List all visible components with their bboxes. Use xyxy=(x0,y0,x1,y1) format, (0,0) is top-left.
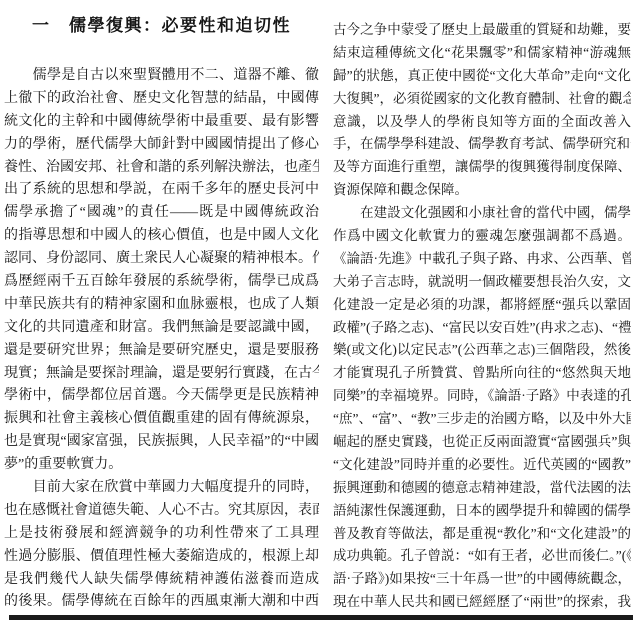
text-line: 力的學術，歷代儒學大師針對中國國情提出了修心 xyxy=(4,134,319,157)
text-line: 中華民族共有的精神家園和血脉靈根，也成了人類 xyxy=(4,294,319,317)
text-line: 在建設文化强國和小康社會的當代中國，儒學 xyxy=(333,202,631,225)
text-line: 夢”的重要軟實力。 xyxy=(4,454,319,477)
text-line: 出了系統的思想和學説，在兩千多年的歷史長河中 xyxy=(4,179,319,202)
text-line: 也在感慨社會道德失範、人心不古。究其原因，表面 xyxy=(4,500,319,523)
text-line: 化建設一定是必須的功課，都將經歷“强兵以鞏固 xyxy=(333,294,631,317)
text-line: 崛起的歷史實踐，也從正反兩面證實“富國强兵”與 xyxy=(333,431,631,454)
left-column: 一 儒學復興：必要性和迫切性 儒學是自古以來聖賢體用不二、道器不離、徹 上徹下的… xyxy=(4,12,319,614)
text-line: 大弟子言志時，就説明一個政權要想長治久安，文 xyxy=(333,271,631,294)
text-line: 現實；無論是要探討理論，還是要躬行實踐，在古今 xyxy=(4,363,319,386)
right-column: 古今之争中蒙受了歷史上最嚴重的質疑和劫難，要 結束這種傳統文化“花果飄零”和儒家… xyxy=(333,19,631,614)
text-line: 儒學是自古以來聖賢體用不二、道器不離、徹 xyxy=(4,65,319,88)
text-line: 結束這種傳統文化“花果飄零”和儒家精神“游魂無 xyxy=(333,42,631,65)
text-line: “文化建設”同時并重的必要性。近代英國的“國教” xyxy=(333,454,631,477)
text-line: 及等方面進行重塑，讓儒學的復興獲得制度保障、 xyxy=(333,156,631,179)
text-line: 語純潔性保護運動，日本的國學提升和韓國的儒學 xyxy=(333,500,631,523)
text-line: 歸”的狀態，真正使中國從“文化大革命”走向“文化 xyxy=(333,65,631,88)
text-line: “庶”、“富”、“教”三步走的治國方略，以及中外大國 xyxy=(333,408,631,431)
text-line: 振興和社會主義核心價值觀重建的固有傳統源泉， xyxy=(4,408,319,431)
text-line: 儒學承擔了“國魂”的責任——既是中國傳統政治 xyxy=(4,202,319,225)
text-line: 資源保障和觀念保障。 xyxy=(333,179,631,202)
text-line: 上徹下的政治社會、歷史文化智慧的結晶，中國傳 xyxy=(4,88,319,111)
text-line: 是我們幾代人缺失儒學傳統精神護佑滋養而造成 xyxy=(4,569,319,592)
text-line: 政權”(子路之志)、“富民以安百姓”(冉求之志)、“禮 xyxy=(333,317,631,340)
text-line: 意識，以及學人的學術良知等方面的全面改善入 xyxy=(333,111,631,134)
text-line: 爲歷經兩千五百餘年發展的系統學術，儒學已成爲 xyxy=(4,271,319,294)
text-line: 上是技術發展和經濟競争的功利性帶來了工具理 xyxy=(4,523,319,546)
text-line: 的指導思想和中國人的核心價值，也是中國人文化 xyxy=(4,225,319,248)
text-line: 語·子路》)如果按“三十年爲一世”的中國傳統觀念， xyxy=(333,568,631,591)
text-line: 普及教育等做法，都是重視“教化”和“文化建設”的 xyxy=(333,523,631,546)
text-line: 古今之争中蒙受了歷史上最嚴重的質疑和劫難，要 xyxy=(333,19,631,42)
text-line: 現在中華人民共和國已經經歷了“兩世”的探索，我 xyxy=(333,591,631,614)
text-line: 認同、身份認同、廣土衆民人心凝聚的精神根本。作 xyxy=(4,248,319,271)
text-line: 統文化的主幹和中國傳統學術中最重要、最有影響 xyxy=(4,111,319,134)
text-line: 成功典範。孔子曾説：“如有王者，必世而後仁。”(《論 xyxy=(333,545,631,568)
text-line: 《論語·先進》中載孔子與子路、冉求、公西華、曾點四 xyxy=(333,248,631,271)
text-line: 樂(或文化)以定民志”(公西華之志)三個階段，然後 xyxy=(333,339,631,362)
text-line: 同樂”的幸福境界。同時，《論語·子路》中表達的孔子 xyxy=(333,385,631,408)
text-line: 作爲中國文化軟實力的靈魂怎麼强調都不爲過。 xyxy=(333,225,631,248)
text-line: 的後果。儒學傳統在百餘年的西風東漸大潮和中西 xyxy=(4,591,319,614)
text-line: 振興運動和德國的德意志精神建設，當代法國的法 xyxy=(333,477,631,500)
text-line: 大復興”，必須從國家的文化教育體制、社會的觀念 xyxy=(333,88,631,111)
text-line: 養性、治國安邦、社會和諧的系列解決辦法，也產生 xyxy=(4,157,319,180)
text-line: 目前大家在欣賞中華國力大幅度提升的同時， xyxy=(4,477,319,500)
cropped-next-line-bar xyxy=(9,615,633,620)
text-line: 學術中，儒學都位居首選。今天儒學更是民族精神 xyxy=(4,385,319,408)
text-line: 才能實現孔子所贊賞、曾點所向往的“悠然與天地 xyxy=(333,362,631,385)
page: 一 儒學復興：必要性和迫切性 儒學是自古以來聖賢體用不二、道器不離、徹 上徹下的… xyxy=(0,0,641,624)
text-line: 性過分膨脹、價值理性極大萎縮造成的，根源上却 xyxy=(4,546,319,569)
text-line: 也是實現“國家富强，民族振興，人民幸福”的“中國 xyxy=(4,431,319,454)
section-title: 一 儒學復興：必要性和迫切性 xyxy=(4,12,319,40)
text-line: 手，在儒學學科建設、儒學教育考試、儒學研究和普 xyxy=(333,133,631,156)
text-line: 還是要研究世界；無論是要研究歷史，還是要服務 xyxy=(4,340,319,363)
text-line: 文化的共同遺產和財富。我們無論是要認識中國， xyxy=(4,317,319,340)
